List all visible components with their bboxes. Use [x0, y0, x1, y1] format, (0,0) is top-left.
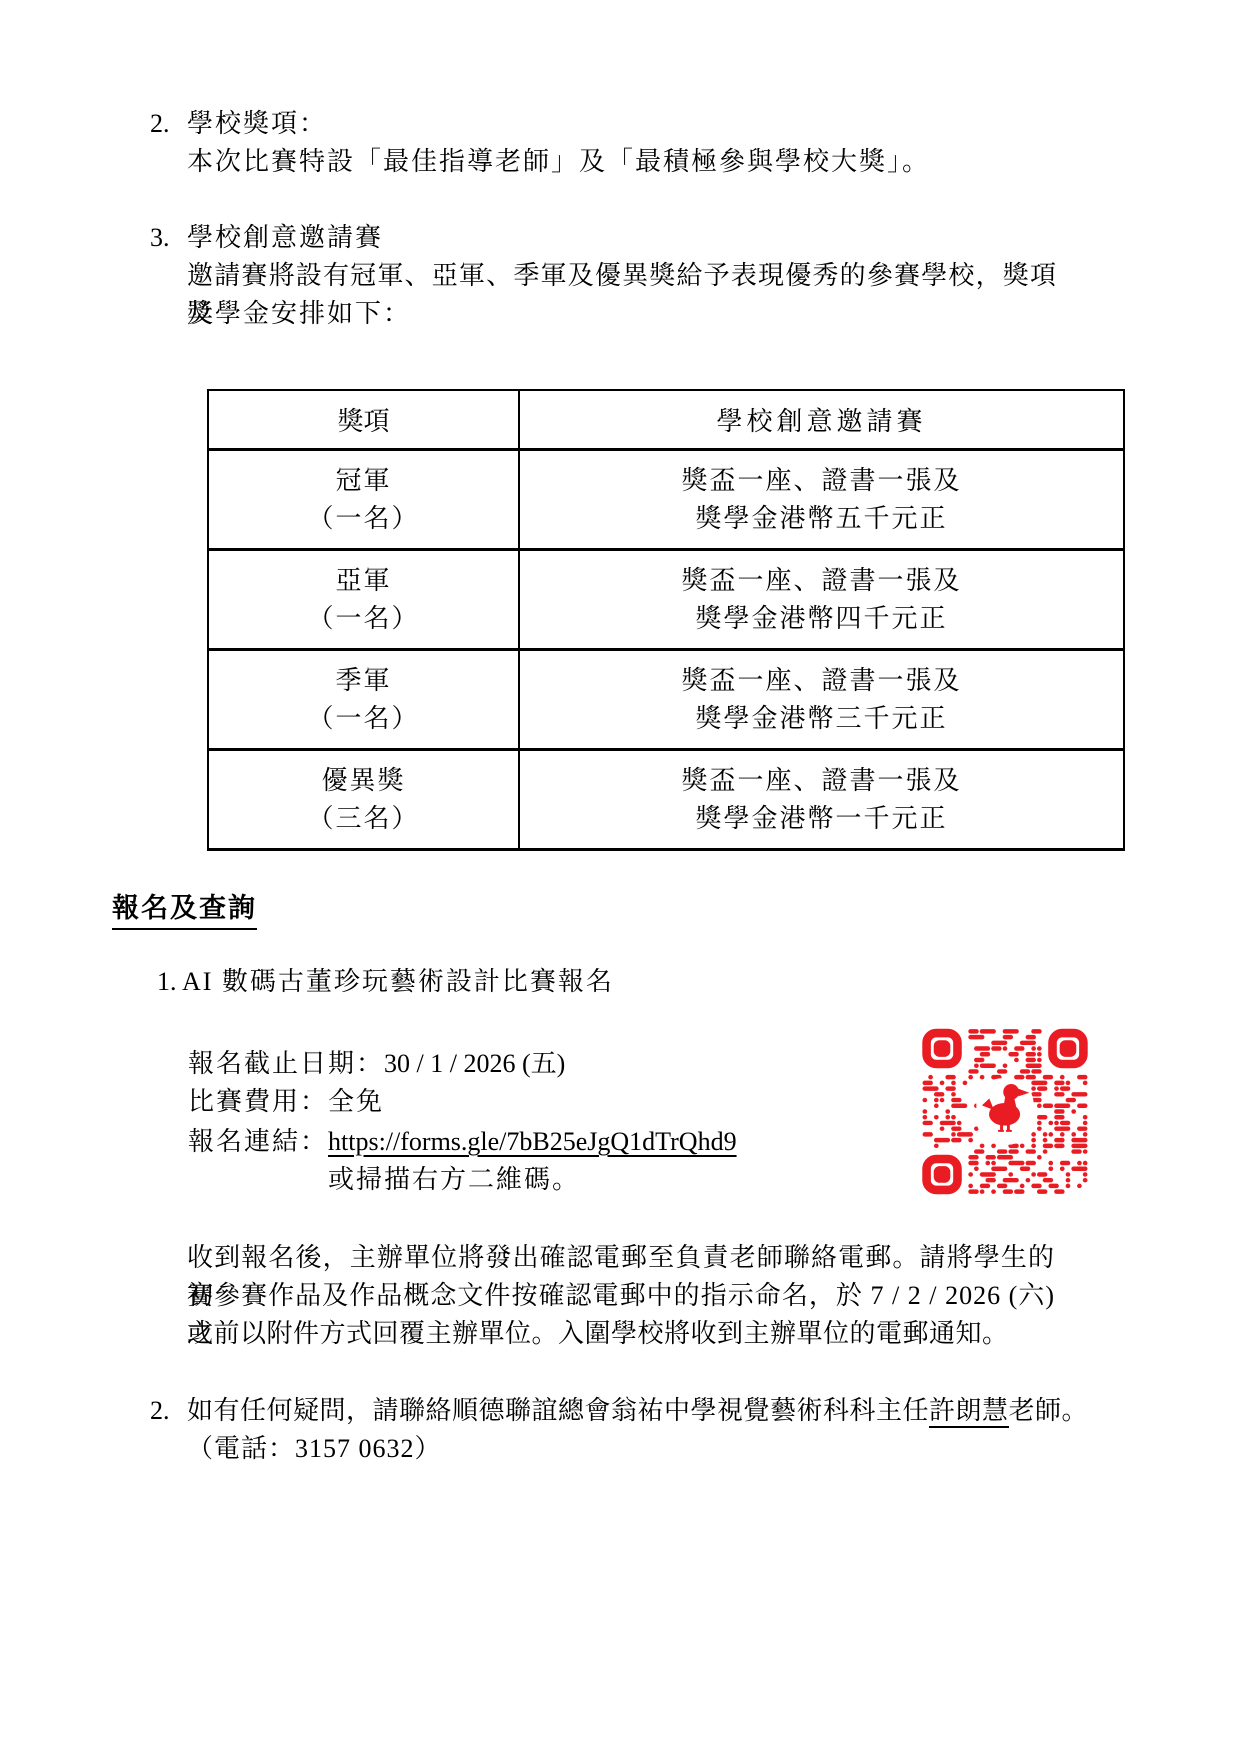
list-item-2-body: 本次比賽特設「最佳指導老師」及「最積極參與學校大獎」。 — [187, 143, 930, 181]
award-name: 季軍 — [209, 662, 518, 700]
qr-finder-top-left — [927, 1033, 958, 1064]
award-name: 冠軍 — [209, 462, 518, 500]
deadline-value: 30 / 1 / 2026 (五) — [384, 1049, 565, 1078]
qr-finder-top-right — [1053, 1033, 1084, 1064]
award-quota: （一名） — [209, 500, 518, 538]
deadline-line: 報名截止日期：30 / 1 / 2026 (五) — [188, 1045, 565, 1083]
awards-table-header-row: 獎項 學校創意邀請賽 — [208, 390, 1124, 450]
awards-table-header-competition: 學校創意邀請賽 — [519, 390, 1124, 450]
award-cell: 冠軍 （一名） — [208, 450, 519, 550]
fee-label: 比賽費用： — [188, 1087, 328, 1116]
registration-form-link[interactable]: https://forms.gle/7bB25eJgQ1dTrQhd9 — [328, 1127, 737, 1156]
enquiry-line: 如有任何疑問，請聯絡順德聯誼總會翁祐中學視覺藝術科科主任許朗慧老師。 — [187, 1392, 1088, 1430]
list-item-3-number: 3. — [150, 219, 170, 257]
prize-cell: 獎盃一座、證書一張及 獎學金港幣一千元正 — [519, 750, 1124, 850]
award-cell: 季軍 （一名） — [208, 650, 519, 750]
link-line: 報名連結：https://forms.gle/7bB25eJgQ1dTrQhd9 — [188, 1123, 737, 1161]
registration-item-2-number: 2. — [150, 1392, 170, 1430]
list-item-3-body-line2: 獎學金安排如下： — [187, 295, 411, 333]
list-item-3-body-line1: 邀請賽將設有冠軍、亞軍、季軍及優異獎給予表現優秀的參賽學校，獎項及 — [187, 257, 1057, 295]
awards-table-header-award: 獎項 — [208, 390, 519, 450]
registration-item-1-title: AI 數碼古董珍玩藝術設計比賽報名 — [182, 963, 614, 1001]
qr-note-line: 或掃描右方二維碼。 — [328, 1161, 580, 1199]
table-row: 亞軍 （一名） 獎盃一座、證書一張及 獎學金港幣四千元正 — [208, 550, 1124, 650]
prize-line2: 獎學金港幣一千元正 — [520, 800, 1123, 838]
prize-line2: 獎學金港幣五千元正 — [520, 500, 1123, 538]
prize-cell: 獎盃一座、證書一張及 獎學金港幣三千元正 — [519, 650, 1124, 750]
qr-code — [922, 1028, 1088, 1195]
table-row: 冠軍 （一名） 獎盃一座、證書一張及 獎學金港幣五千元正 — [208, 450, 1124, 550]
fee-value: 全免 — [328, 1087, 384, 1116]
link-label: 報名連結： — [188, 1127, 328, 1156]
table-row: 季軍 （一名） 獎盃一座、證書一張及 獎學金港幣三千元正 — [208, 650, 1124, 750]
award-quota: （一名） — [209, 700, 518, 738]
list-item-3-title: 學校創意邀請賽 — [187, 219, 383, 257]
prize-line1: 獎盃一座、證書一張及 — [520, 562, 1123, 600]
confirmation-paragraph-line2: 賽參賽作品及作品概念文件按確認電郵中的指示命名，於 7 / 2 / 2026 (… — [187, 1277, 1055, 1315]
list-item-2-title: 學校獎項： — [187, 105, 327, 143]
fee-line: 比賽費用：全免 — [188, 1083, 384, 1121]
deadline-label: 報名截止日期： — [188, 1049, 384, 1078]
award-quota: （三名） — [209, 800, 518, 838]
table-row: 優異獎 （三名） 獎盃一座、證書一張及 獎學金港幣一千元正 — [208, 750, 1124, 850]
teacher-name: 許朗慧 — [929, 1396, 1009, 1428]
phone-line: （電話：3157 0632） — [187, 1430, 442, 1468]
award-name: 亞軍 — [209, 562, 518, 600]
prize-line1: 獎盃一座、證書一張及 — [520, 762, 1123, 800]
list-item-2-number: 2. — [150, 105, 170, 143]
award-name: 優異獎 — [209, 762, 518, 800]
prize-line2: 獎學金港幣三千元正 — [520, 700, 1123, 738]
qr-finder-bottom-left — [927, 1159, 958, 1190]
enquiry-text-after: 老師。 — [1009, 1396, 1089, 1425]
registration-item-1-number: 1. — [157, 963, 177, 1001]
prize-line1: 獎盃一座、證書一張及 — [520, 462, 1123, 500]
enquiry-text-before: 如有任何疑問，請聯絡順德聯誼總會翁祐中學視覺藝術科科主任 — [187, 1396, 929, 1425]
document-page: 2. 學校獎項： 本次比賽特設「最佳指導老師」及「最積極參與學校大獎」。 3. … — [0, 0, 1240, 1754]
section-title-registration: 報名及查詢 — [112, 891, 257, 930]
award-quota: （一名） — [209, 600, 518, 638]
prize-line1: 獎盃一座、證書一張及 — [520, 662, 1123, 700]
prize-cell: 獎盃一座、證書一張及 獎學金港幣四千元正 — [519, 550, 1124, 650]
confirmation-paragraph-line1: 收到報名後，主辦單位將發出確認電郵至負責老師聯絡電郵。請將學生的初 — [187, 1239, 1055, 1277]
prize-line2: 獎學金港幣四千元正 — [520, 600, 1123, 638]
prize-cell: 獎盃一座、證書一張及 獎學金港幣五千元正 — [519, 450, 1124, 550]
award-cell: 優異獎 （三名） — [208, 750, 519, 850]
confirmation-paragraph-line3: 之前以附件方式回覆主辦單位。入圍學校將收到主辦單位的電郵通知。 — [187, 1315, 1009, 1353]
awards-table: 獎項 學校創意邀請賽 冠軍 （一名） 獎盃一座、證書一張及 獎學金港幣五千元正 … — [207, 389, 1125, 851]
award-cell: 亞軍 （一名） — [208, 550, 519, 650]
